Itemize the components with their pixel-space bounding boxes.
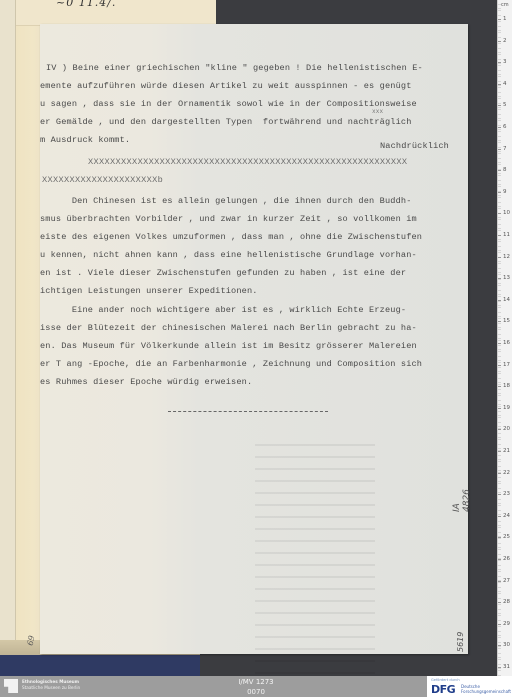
back-page-top: ~0 11.4/.: [16, 0, 216, 26]
ruler-tick: [498, 343, 501, 344]
ruler-label: 29: [503, 621, 510, 627]
ruler-tick: [498, 365, 501, 366]
ruler-tick: [498, 41, 501, 42]
ruler-label: 14: [503, 297, 510, 303]
museum-logo-icon: [4, 679, 18, 693]
text-line: smus überbrachten Vorbilder , und zwar i…: [40, 214, 417, 224]
ruler-tick: [498, 127, 501, 128]
ruler-tick: [498, 300, 501, 301]
ruler-label: 16: [503, 340, 510, 346]
ruler-mark: 24: [498, 516, 512, 517]
ruler-tick: [498, 429, 501, 430]
ruler-tick: [498, 494, 501, 495]
ruler-tick: [498, 149, 501, 150]
text-line: en. Das Museum für Völkerkunde allein is…: [40, 341, 417, 351]
ruler-mark: 11: [498, 235, 512, 236]
ruler-tick: [498, 105, 501, 106]
ruler-mark: 23: [498, 494, 512, 495]
signature-label: I/MV 1273: [236, 677, 276, 687]
folder-cover-bottom: [0, 655, 200, 676]
text-line: er T ang -Epoche, die an Farbenharmonie …: [40, 359, 422, 369]
ruler-mark: 10: [498, 213, 512, 214]
dfg-logo: Gefördert durch DFG Deutsche Forschungsg…: [427, 676, 512, 697]
ruler-mark: 26: [498, 559, 512, 560]
record-info: I/MV 1273 0070: [236, 677, 276, 697]
ruler-tick: [498, 213, 501, 214]
separator-line: [168, 411, 328, 412]
footer-bar: Ethnologisches Museum Staatliche Museen …: [0, 676, 512, 697]
ruler-mark: 21: [498, 451, 512, 452]
ruler-label: 11: [503, 232, 510, 238]
cm-ruler: cm 1234567891011121314151617181920212223…: [497, 0, 512, 676]
ruler-label: 21: [503, 448, 510, 454]
ruler-label: 19: [503, 405, 510, 411]
ruler-label: 8: [503, 167, 507, 173]
funder-name-line: Forschungsgemeinschaft: [461, 689, 511, 694]
ruler-mark: 15: [498, 321, 512, 322]
text-line: u kennen, nicht ahnen kann , dass eine h…: [40, 250, 417, 260]
ruler-tick: [498, 624, 501, 625]
page-stack-edge: [0, 0, 16, 660]
handwritten-date: ~0 11.4/.: [56, 0, 116, 9]
ruler-label: 26: [503, 556, 510, 562]
ruler-mark: 30: [498, 645, 512, 646]
page-number-label: 0070: [236, 687, 276, 697]
text-line: Den Chinesen ist es allein gelungen , di…: [40, 196, 412, 206]
text-line: IV ) Beine einer griechischen "kline " g…: [46, 63, 423, 73]
ruler-label: 18: [503, 383, 510, 389]
ruler-tick: [498, 451, 501, 452]
ruler-tick: [498, 645, 501, 646]
ruler-label: 22: [503, 470, 510, 476]
ruler-mark: 12: [498, 257, 512, 258]
institution-parent: Staatliche Museen zu Berlin: [22, 685, 80, 691]
ruler-mark: 20: [498, 429, 512, 430]
ruler-tick: [498, 581, 501, 582]
ruler-label: 25: [503, 534, 510, 540]
typed-sheet: IV ) Beine einer griechischen "kline " g…: [40, 24, 468, 654]
ruler-label: 23: [503, 491, 510, 497]
correction-mark: xxx: [372, 108, 383, 115]
ruler-mark: 27: [498, 581, 512, 582]
inserted-correction: Nachdrücklich: [380, 141, 449, 151]
ruler-tick: [498, 321, 501, 322]
ruler-label: 27: [503, 578, 510, 584]
ruler-label: 24: [503, 513, 510, 519]
institution-credit: Ethnologisches Museum Staatliche Museen …: [22, 679, 80, 691]
ruler-mark: 22: [498, 473, 512, 474]
ruler-tick: [498, 386, 501, 387]
ruler-label: 10: [503, 210, 510, 216]
ruler-mark: 19: [498, 408, 512, 409]
ruler-mark: 4: [498, 84, 512, 85]
dfg-mark-icon: DFG: [431, 683, 455, 696]
ruler-unit: cm: [501, 2, 509, 8]
ruler-tick: [498, 516, 501, 517]
ruler-tick: [498, 537, 501, 538]
page-number-note: 5619: [456, 632, 465, 652]
ruler-mark: 16: [498, 343, 512, 344]
ruler-mark: 31: [498, 667, 512, 668]
ruler-mark: 28: [498, 602, 512, 603]
struck-line: XXXXXXXXXXXXXXXXXXXXXXXXXXXXXXXXXXXXXXXX…: [88, 157, 407, 167]
text-line: emente aufzuführen würde diesen Artikel …: [40, 81, 412, 91]
ruler-mark: 29: [498, 624, 512, 625]
inventory-number-note: IA 4826: [452, 489, 472, 512]
text-line: es Ruhmes dieser Epoche würdig erweisen.: [40, 377, 252, 387]
ruler-label: 30: [503, 642, 510, 648]
text-line: Eine ander noch wichtigere aber ist es ,…: [40, 305, 406, 315]
text-line: er Gemälde , und den dargestellten Typen…: [40, 117, 412, 127]
ruler-mark: 13: [498, 278, 512, 279]
ruler-label: 7: [503, 146, 507, 152]
ruler-label: 31: [503, 664, 510, 670]
ruler-label: 9: [503, 189, 507, 195]
ruler-label: 1: [503, 16, 507, 22]
ruler-mark: 14: [498, 300, 512, 301]
text-line: en ist . Viele dieser Zwischenstufen gef…: [40, 268, 406, 278]
text-line: eiste des eigenen Volkes umzuformen , da…: [40, 232, 422, 242]
ruler-label: 13: [503, 275, 510, 281]
ruler-mark: 8: [498, 170, 512, 171]
show-through-text: [255, 444, 375, 676]
ruler-tick: [498, 19, 501, 20]
ruler-tick: [498, 473, 501, 474]
ruler-tick: [498, 559, 501, 560]
ruler-label: 5: [503, 102, 507, 108]
ruler-tick: [498, 170, 501, 171]
struck-line: XXXXXXXXXXXXXXXXXXXXXb: [42, 175, 163, 185]
ruler-mark: 9: [498, 192, 512, 193]
ruler-mark: 1: [498, 19, 512, 20]
ruler-label: 3: [503, 59, 507, 65]
ruler-tick: [498, 62, 501, 63]
funder-caption: Gefördert durch: [431, 678, 460, 682]
ruler-mark: 6: [498, 127, 512, 128]
ruler-mark: 17: [498, 365, 512, 366]
funder-name: Deutsche Forschungsgemeinschaft: [461, 684, 511, 694]
ruler-mark: 5: [498, 105, 512, 106]
ruler-mark: 7: [498, 149, 512, 150]
ruler-label: 20: [503, 426, 510, 432]
text-line: m Ausdruck kommt.: [40, 135, 130, 145]
ruler-minor-ticks: [498, 0, 512, 676]
ruler-tick: [498, 408, 501, 409]
typed-text: IV ) Beine einer griechischen "kline " g…: [40, 24, 468, 284]
ruler-label: 2: [503, 38, 507, 44]
ruler-mark: 3: [498, 62, 512, 63]
ruler-label: 15: [503, 318, 510, 324]
handwritten-folio-number: 69: [26, 635, 37, 647]
ruler-tick: [498, 667, 501, 668]
text-line: isse der Blütezeit der chinesischen Male…: [40, 323, 417, 333]
ruler-tick: [498, 602, 501, 603]
ruler-tick: [498, 235, 501, 236]
ruler-mark: 2: [498, 41, 512, 42]
ruler-tick: [498, 278, 501, 279]
text-line: ichtigen Leistungen unserer Expeditionen…: [40, 286, 258, 296]
ruler-tick: [498, 192, 501, 193]
ruler-mark: 25: [498, 537, 512, 538]
ruler-label: 28: [503, 599, 510, 605]
ruler-label: 6: [503, 124, 507, 130]
ruler-label: 17: [503, 362, 510, 368]
ruler-tick: [498, 84, 501, 85]
ruler-tick: [498, 257, 501, 258]
text-line: u sagen , dass sie in der Ornamentik sow…: [40, 99, 417, 109]
ruler-label: 4: [503, 81, 507, 87]
scan-viewer: ~0 11.4/. 69 IV ) Beine einer griechisch…: [0, 0, 512, 676]
ruler-label: 12: [503, 254, 510, 260]
ruler-mark: 18: [498, 386, 512, 387]
